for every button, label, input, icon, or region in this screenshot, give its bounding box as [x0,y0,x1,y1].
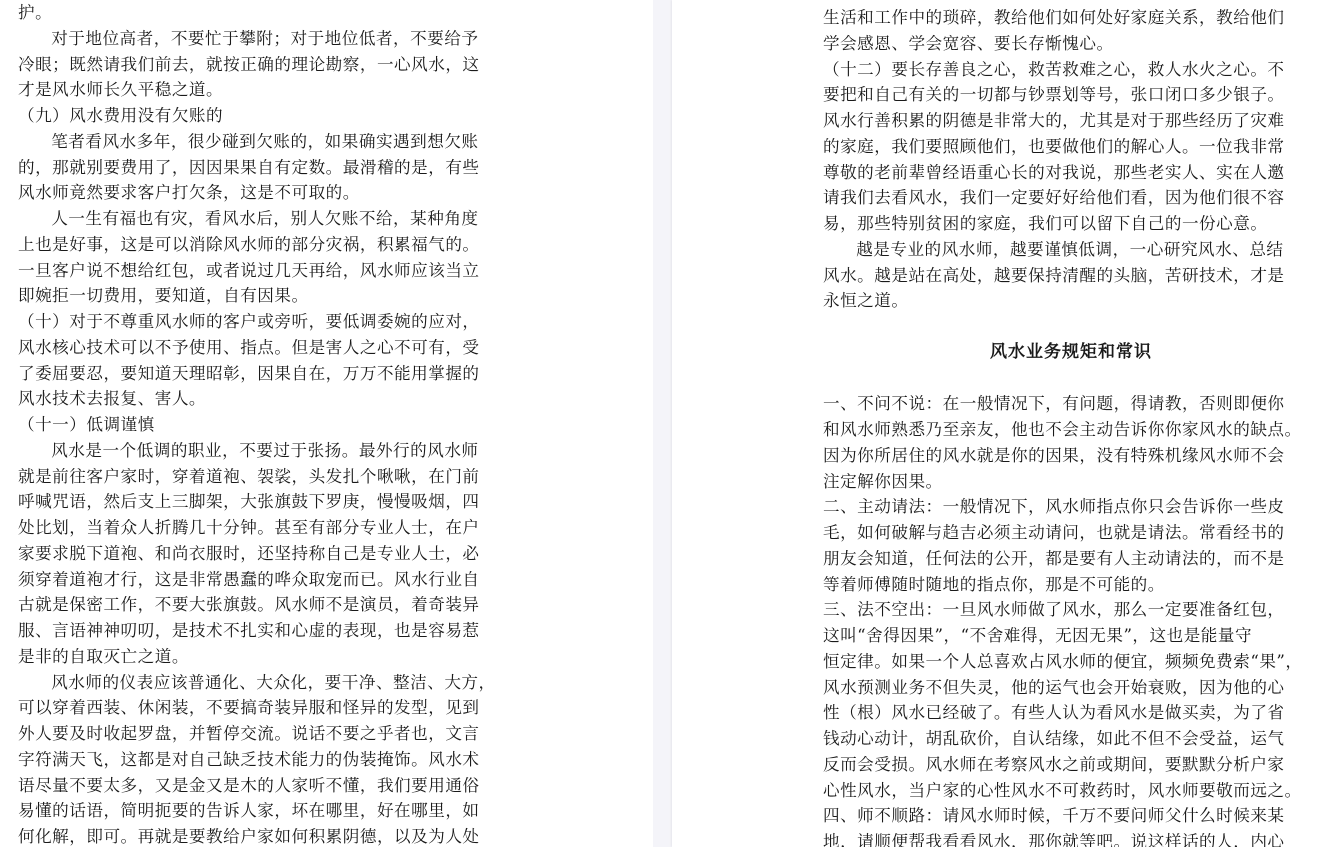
text-line: 笔者看风水多年，很少碰到欠账的，如果确实遇到想欠账 [18,129,502,155]
text-line: 二、主动请法：一般情况下，风水师指点你只会告诉你一些皮 [823,494,1319,520]
text-line: 注定解你因果。 [823,469,1319,495]
text-line: 处比划，当着众人折腾几十分钟。甚至有部分专业人士，在户 [18,515,502,541]
text-line: 学会感恩、学会宽容、要长存惭愧心。 [823,31,1319,57]
right-page-text: 生活和工作中的琐碎，教给他们如何处好家庭关系，教给他们学会感恩、学会宽容、要长存… [823,5,1319,847]
text-line: 就是前往客户家时，穿着道袍、袈裟，头发扎个啾啾，在门前 [18,464,502,490]
text-line: 毛，如何破解与趋吉必须主动请问，也就是请法。常看经书的 [823,520,1319,546]
text-line: 风水核心技术可以不予使用、指点。但是害人之心不可有，受 [18,335,502,361]
text-line: 性（根）风水已经破了。有些人认为看风水是做买卖，为了省 [823,700,1319,726]
text-line: 护。 [18,0,502,26]
text-line: 等着师傅随时随地的指点你，那是不可能的。 [823,572,1319,598]
text-line: 呼喊咒语，然后支上三脚架，大张旗鼓下罗庚，慢慢吸烟，四 [18,489,502,515]
text-line: 即婉拒一切费用，要知道，自有因果。 [18,283,502,309]
text-line: 可以穿着西装、休闲装，不要搞奇装异服和怪异的发型，见到 [18,695,502,721]
text-line: 须穿着道袍才行，这是非常愚蠢的哗众取宠而已。风水行业自 [18,567,502,593]
text-line: 钱动心动计，胡乱砍价，自认结缘，如此不但不会受益，运气 [823,726,1319,752]
right-page-body-before-title: 生活和工作中的琐碎，教给他们如何处好家庭关系，教给他们学会感恩、学会宽容、要长存… [823,5,1319,314]
text-line: 三、法不空出：一旦风水师做了风水，那么一定要准备红包， [823,597,1319,623]
text-line: 人一生有福也有灾，看风水后，别人欠账不给，某种角度 [18,206,502,232]
page-gutter [653,0,672,847]
text-line: 风水。越是站在高处，越要保持清醒的头脑，苦研技术，才是 [823,263,1319,289]
text-line: （十一）低调谨慎 [18,412,502,438]
text-line: （十二）要长存善良之心，救苦救难之心，救人水火之心。不 [823,57,1319,83]
text-line: 越是专业的风水师，越要谨慎低调，一心研究风水、总结 [823,237,1319,263]
text-line: 风水技术去报复、害人。 [18,386,502,412]
text-line: 服、言语神神叨叨，是技术不扎实和心虚的表现，也是容易惹 [18,618,502,644]
text-line: 生活和工作中的琐碎，教给他们如何处好家庭关系，教给他们 [823,5,1319,31]
text-line: 是非的自取灭亡之道。 [18,644,502,670]
document-page-left: 护。对于地位高者，不要忙于攀附；对于地位低者，不要给予冷眼；既然请我们前去，就按… [0,0,653,847]
text-line: 对于地位高者，不要忙于攀附；对于地位低者，不要给予 [18,26,502,52]
text-line: 一旦客户说不想给红包，或者说过几天再给，风水师应该当立 [18,258,502,284]
right-page-body-after-title: 一、不问不说：在一般情况下，有问题，得请教，否则即便你和风水师熟悉乃至亲友，他也… [823,391,1319,847]
document-page-right: 生活和工作中的琐碎，教给他们如何处好家庭关系，教给他们学会感恩、学会宽容、要长存… [672,0,1335,847]
spacer [823,366,1319,392]
text-line: 了委屈要忍，要知道天理昭彰，因果自在，万万不能用掌握的 [18,361,502,387]
text-line: 冷眼；既然请我们前去，就按正确的理论勘察，一心风水，这 [18,52,502,78]
text-line: 因为你所居住的风水就是你的因果，没有特殊机缘风水师不会 [823,443,1319,469]
text-line: 古就是保密工作，不要大张旗鼓。风水师不是演员，着奇装异 [18,592,502,618]
text-line: （九）风水费用没有欠账的 [18,103,502,129]
text-line: 要把和自己有关的一切都与钞票划等号，张口闭口多少银子。 [823,82,1319,108]
text-line: 心性风水，当户家的心性风水不可救药时，风水师要敬而远之。 [823,778,1319,804]
text-line: 恒定律。如果一个人总喜欢占风水师的便宜，频频免费索“果”， [823,649,1319,675]
text-line: 四、师不顺路：请风水师时候，千万不要问师父什么时候来某 [823,803,1319,829]
text-line: 地，请顺便帮我看看风水，那你就等吧。说这样话的人，内心 [823,829,1319,847]
text-line: 易懂的话语，简明扼要的告诉人家，坏在哪里，好在哪里，如 [18,798,502,824]
text-line: 风水行善积累的阴德是非常大的，尤其是对于那些经历了灾难 [823,108,1319,134]
left-page-text: 护。对于地位高者，不要忙于攀附；对于地位低者，不要给予冷眼；既然请我们前去，就按… [18,0,502,847]
text-line: 字符满天飞，这都是对自己缺乏技术能力的伪装掩饰。风水术 [18,747,502,773]
text-line: 何化解，即可。再就是要教给户家如何积累阴德，以及为人处 [18,824,502,847]
text-line: 请我们去看风水，我们一定要好好给他们看，因为他们很不容 [823,185,1319,211]
text-line: 和风水师熟悉乃至亲友，他也不会主动告诉你你家风水的缺点。 [823,417,1319,443]
text-line: 风水是一个低调的职业，不要过于张扬。最外行的风水师 [18,438,502,464]
text-line: 语尽量不要太多，又是金又是木的人家听不懂，我们要用通俗 [18,773,502,799]
text-line: 易，那些特别贫困的家庭，我们可以留下自己的一份心意。 [823,211,1319,237]
text-line: 这叫“舍得因果”，“不舍难得，无因无果”，这也是能量守 [823,623,1319,649]
text-line: 的，那就别要费用了，因因果果自有定数。最滑稽的是，有些 [18,155,502,181]
text-line: 永恒之道。 [823,288,1319,314]
text-line: 反而会受损。风水师在考察风水之前或期间，要默默分析户家 [823,752,1319,778]
text-line: 才是风水师长久平稳之道。 [18,77,502,103]
text-line: 风水预测业务不但失灵，他的运气也会开始衰败，因为他的心 [823,675,1319,701]
text-line: （十）对于不尊重风水师的客户或旁听，要低调委婉的应对， [18,309,502,335]
text-line: 朋友会知道，任何法的公开，都是要有人主动请法的，而不是 [823,546,1319,572]
text-line: 外人要及时收起罗盘，并暂停交流。说话不要之乎者也，文言 [18,721,502,747]
text-line: 的家庭，我们要照顾他们，也要做他们的解心人。一位我非常 [823,134,1319,160]
spacer [823,314,1319,340]
text-line: 风水师的仪表应该普通化、大众化，要干净、整洁、大方， [18,670,502,696]
text-line: 上也是好事，这是可以消除风水师的部分灾祸，积累福气的。 [18,232,502,258]
text-line: 风水师竟然要求客户打欠条，这是不可取的。 [18,180,502,206]
text-line: 尊敬的老前辈曾经语重心长的对我说，那些老实人、实在人邀 [823,160,1319,186]
text-line: 家要求脱下道袍、和尚衣服时，还坚持称自己是专业人士，必 [18,541,502,567]
section-title: 风水业务规矩和常识 [823,340,1319,366]
text-line: 一、不问不说：在一般情况下，有问题，得请教，否则即便你 [823,391,1319,417]
